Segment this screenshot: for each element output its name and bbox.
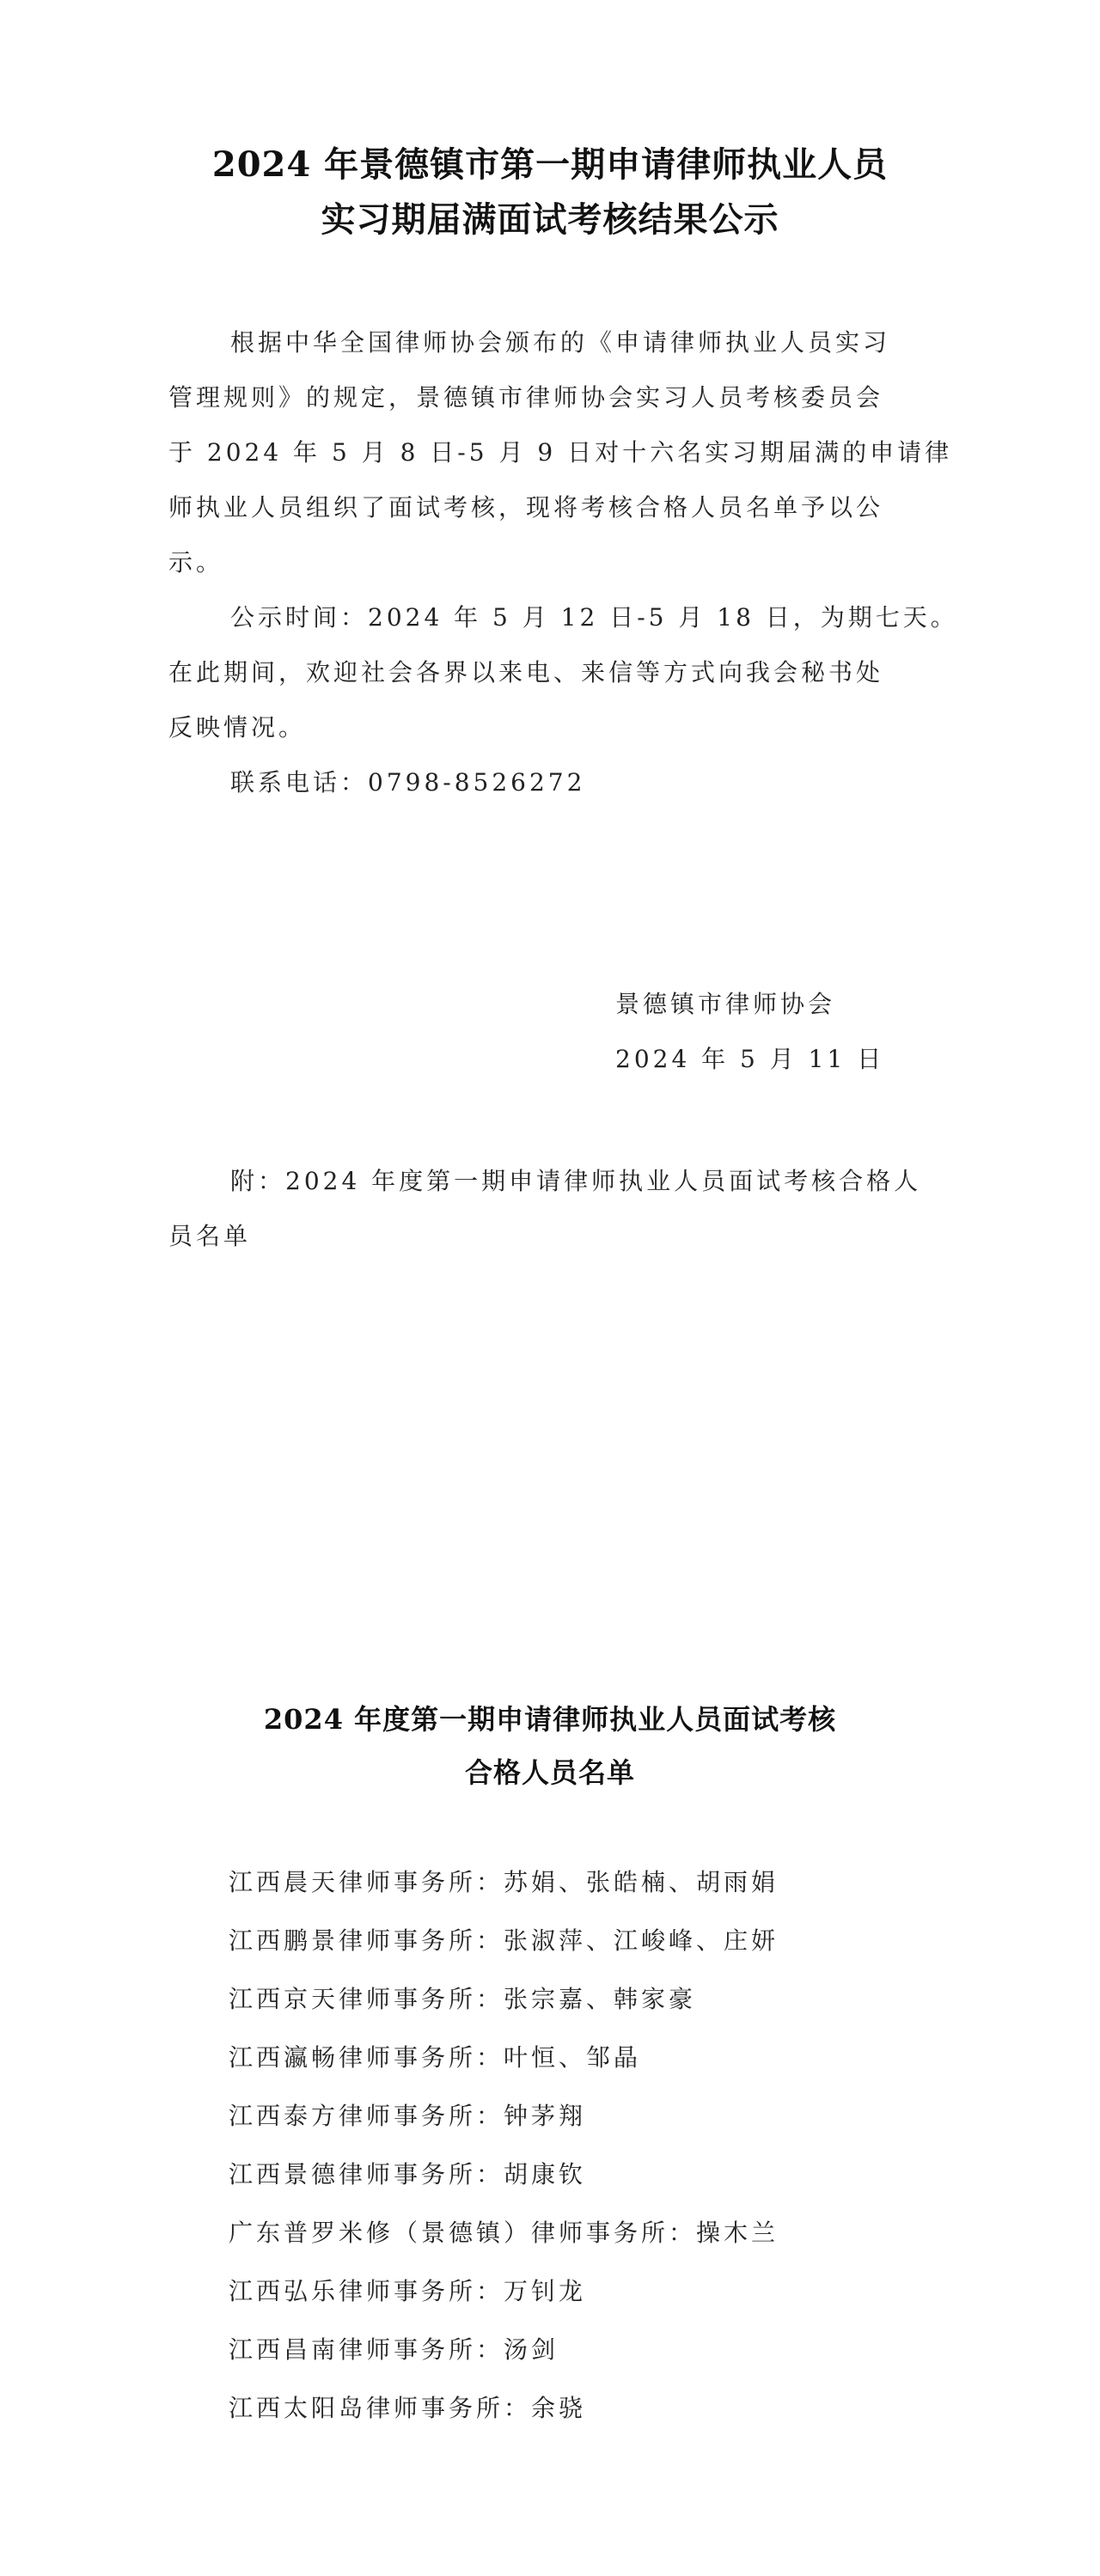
body-line: 反映情况。 xyxy=(168,715,306,741)
body-line: 师执业人员组织了面试考核，现将考核合格人员名单予以公 xyxy=(168,495,883,521)
contact-phone: 联系电话：0798-8526272 xyxy=(230,770,585,796)
attachment-line: 附：2024 年度第一期申请律师执业人员面试考核合格人 xyxy=(230,1169,921,1194)
list-item: 广东普罗米修（景德镇）律师事务所：操木兰 xyxy=(229,2220,779,2246)
body-line: 管理规则》的规定，景德镇市律师协会实习人员考核委员会 xyxy=(168,385,883,411)
list-item: 江西太阳岛律师事务所：余骁 xyxy=(229,2396,586,2421)
signature-date: 2024 年 5 月 11 日 xyxy=(615,1047,884,1072)
attachment-line: 员名单 xyxy=(168,1224,251,1249)
list-item: 江西昌南律师事务所：汤剑 xyxy=(229,2337,559,2363)
list-item: 江西瀛畅律师事务所：叶恒、邹晶 xyxy=(229,2045,641,2071)
list-item: 江西鹏景律师事务所：张淑萍、江峻峰、庄妍 xyxy=(229,1928,779,1954)
list-item: 江西弘乐律师事务所：万钊龙 xyxy=(229,2279,586,2304)
body-line: 于 2024 年 5 月 8 日-5 月 9 日对十六名实习期届满的申请律 xyxy=(168,440,952,466)
list-item: 江西京天律师事务所：张宗嘉、韩家豪 xyxy=(229,1987,696,2012)
list-title-line-1: 2024 年度第一期申请律师执业人员面试考核 xyxy=(0,1705,1100,1734)
list-item: 江西景德律师事务所：胡康钦 xyxy=(229,2162,586,2188)
page-title-line-2: 实习期届满面试考核结果公示 xyxy=(0,203,1100,237)
notice-period: 公示时间：2024 年 5 月 12 日-5 月 18 日，为期七天。 xyxy=(230,605,958,631)
list-item: 江西泰方律师事务所：钟茅翔 xyxy=(229,2103,586,2129)
body-line: 在此期间，欢迎社会各界以来电、来信等方式向我会秘书处 xyxy=(168,660,883,686)
list-item: 江西晨天律师事务所：苏娟、张皓楠、胡雨娟 xyxy=(229,1870,779,1895)
page-title-line-1: 2024 年景德镇市第一期申请律师执业人员 xyxy=(0,148,1100,182)
body-line: 示。 xyxy=(168,550,223,576)
body-line: 根据中华全国律师协会颁布的《申请律师执业人员实习 xyxy=(230,330,890,356)
signature-organization: 景德镇市律师协会 xyxy=(615,992,835,1017)
list-title-line-2: 合格人员名单 xyxy=(0,1758,1100,1787)
